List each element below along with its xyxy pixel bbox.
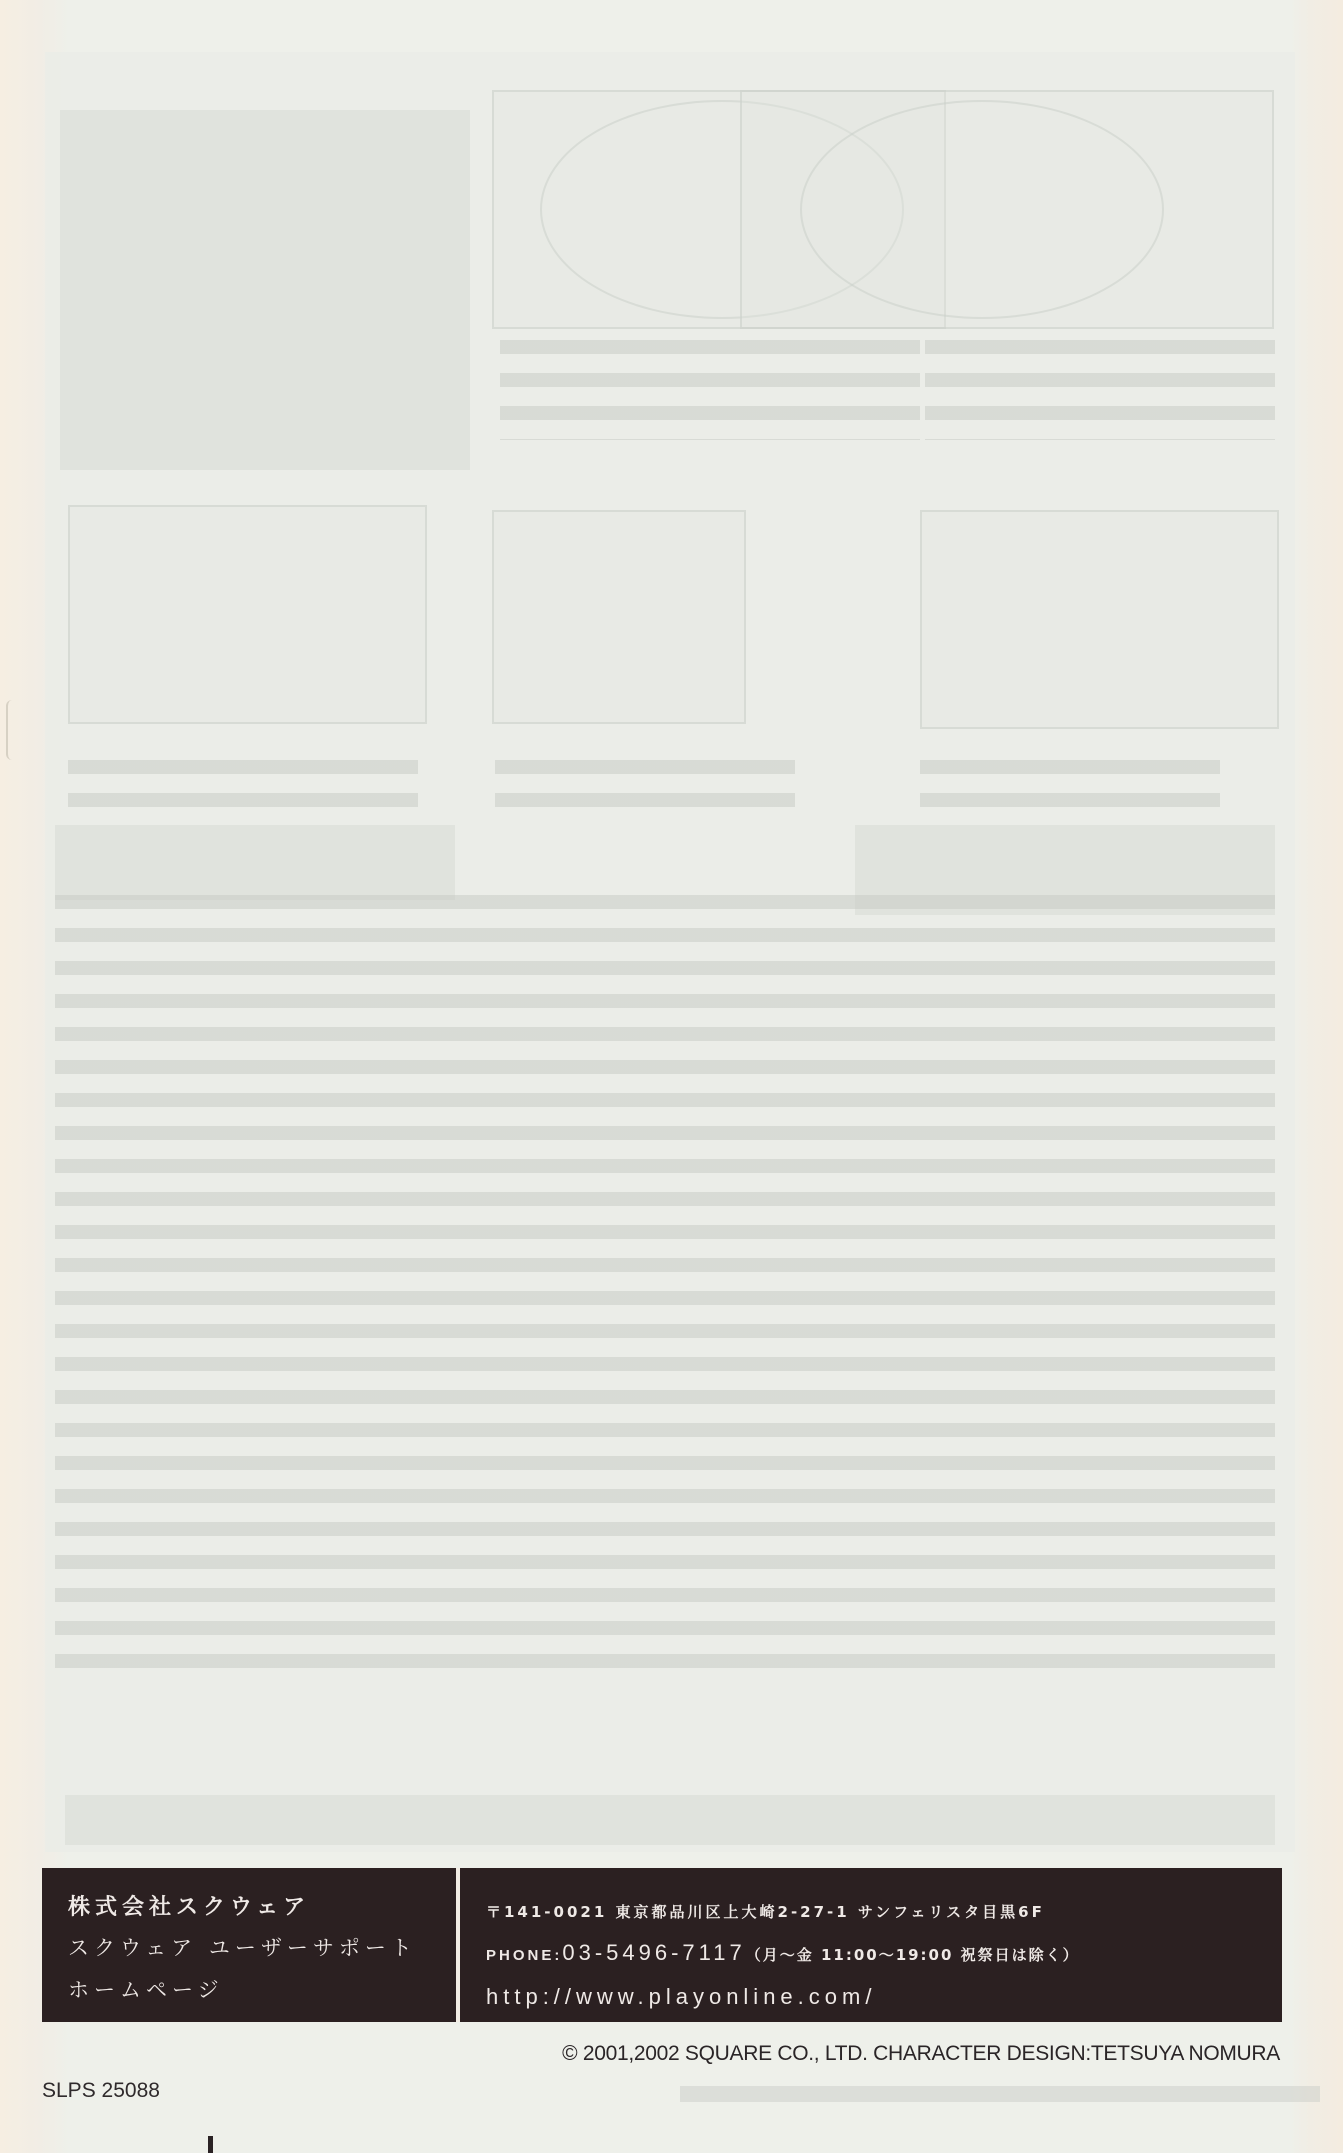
support-label: スクウェア ユーザーサポート <box>68 1927 456 1969</box>
spine-mark <box>208 2136 213 2153</box>
show-through-heading <box>55 825 455 900</box>
phone-number: 03-5496-7117 <box>562 1940 745 1965</box>
phone-hours: （月～金 11:00～19:00 祝祭日は除く） <box>746 1946 1080 1964</box>
show-through-text <box>920 760 1220 820</box>
contact-details: 〒141-0021 東京都品川区上大崎2-27-1 サンフェリスタ目黒6F PH… <box>460 1868 1282 2022</box>
copyright-notice: © 2001,2002 SQUARE CO., LTD. CHARACTER D… <box>562 2042 1280 2066</box>
show-through-text <box>680 2086 1320 2102</box>
show-through-panel <box>920 510 1279 729</box>
product-code: SLPS 25088 <box>42 2079 160 2103</box>
show-through-panel <box>60 110 470 470</box>
company-name: 株式会社スクウェア <box>68 1889 456 1927</box>
contact-labels: 株式会社スクウェア スクウェア ユーザーサポート ホームページ <box>42 1868 456 2022</box>
show-through-text <box>55 895 1275 1680</box>
show-through-panel <box>492 510 746 724</box>
show-through-text <box>68 760 418 820</box>
homepage-url-link[interactable]: http://www.playonline.com/ <box>486 1984 876 2009</box>
show-through-panel <box>68 505 427 724</box>
contact-info-box: 株式会社スクウェア スクウェア ユーザーサポート ホームページ 〒141-002… <box>42 1868 1282 2022</box>
show-through-text <box>495 760 795 820</box>
phone-prefix: PHONE: <box>486 1947 562 1964</box>
homepage-url-line: http://www.playonline.com/ <box>486 1977 1282 2017</box>
show-through-text <box>925 340 1275 440</box>
show-through-band <box>65 1795 1275 1845</box>
show-through-text <box>500 340 920 440</box>
paper-crease <box>6 700 18 760</box>
homepage-label: ホームページ <box>68 1969 456 2011</box>
phone-line: PHONE:03-5496-7117（月～金 11:00～19:00 祝祭日は除… <box>486 1932 1282 1977</box>
show-through-illustration <box>800 100 1164 319</box>
postal-address: 〒141-0021 東京都品川区上大崎2-27-1 サンフェリスタ目黒6F <box>486 1892 1282 1932</box>
